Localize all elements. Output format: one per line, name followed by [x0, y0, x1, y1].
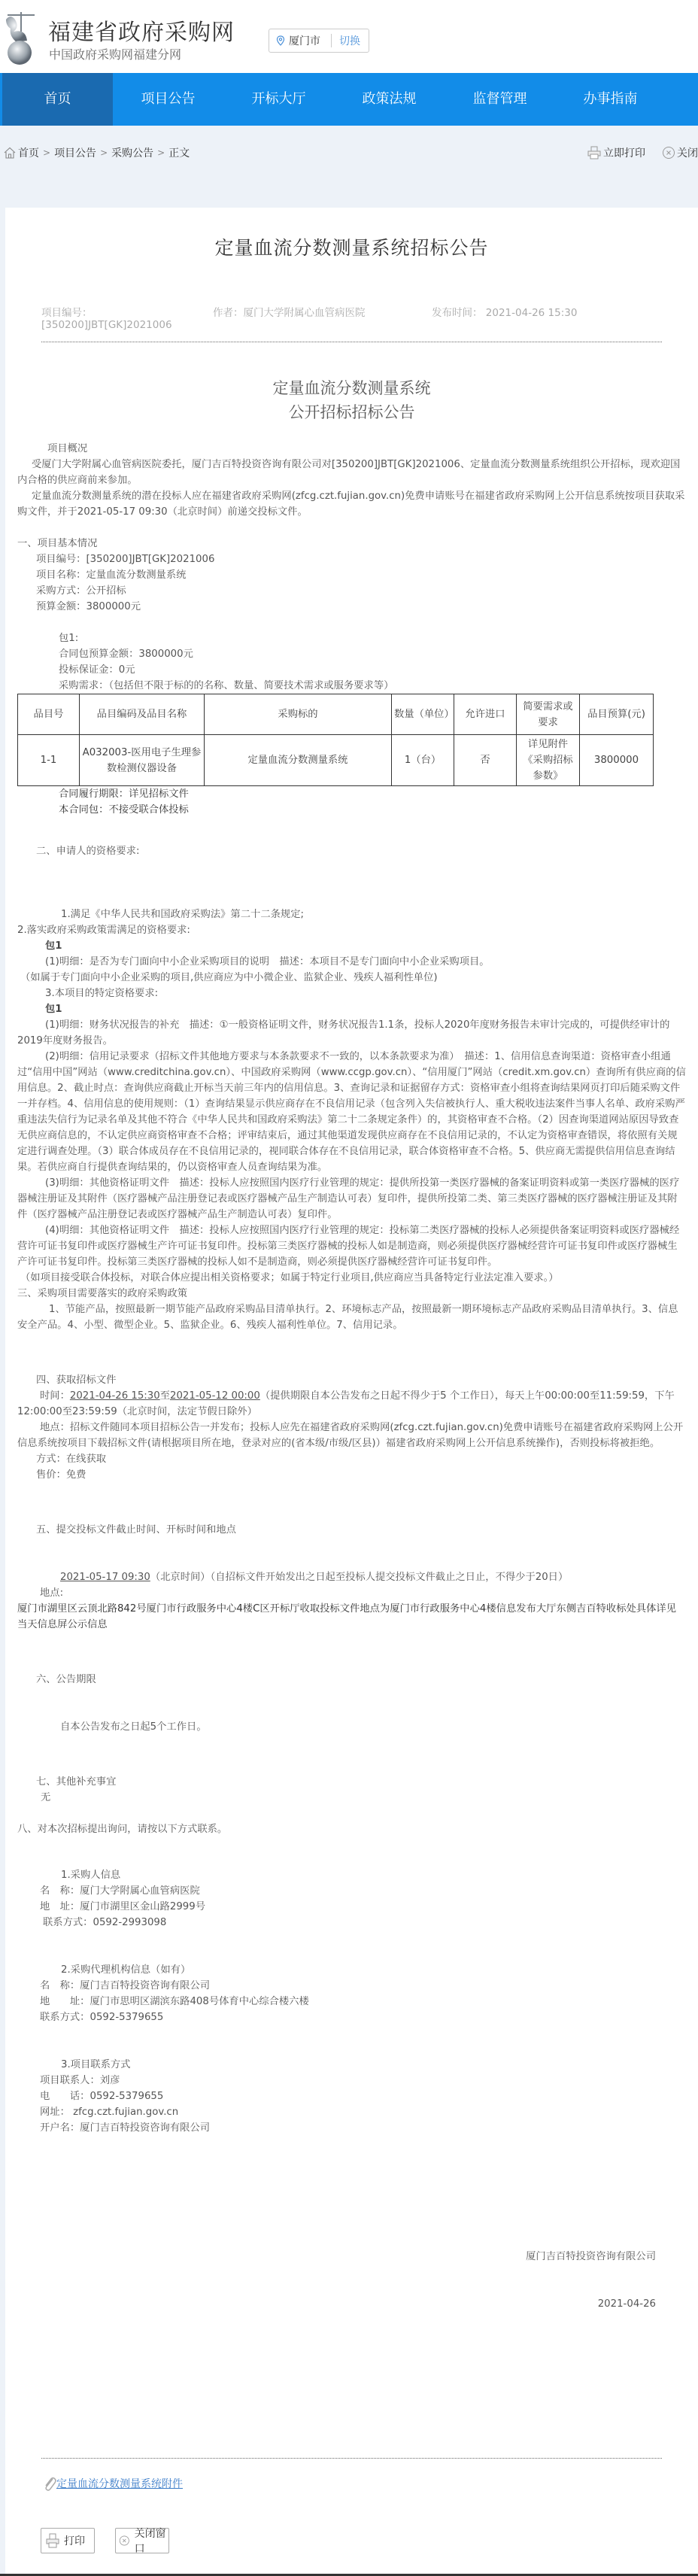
qual-item-1: 1.满足《中华人民共和国政府采购法》第二十二条规定;: [17, 907, 686, 922]
article-body: 项目概况 受厦门大学附属心血管病医院委托，厦门吉百特投资咨询有限公司对[3502…: [5, 424, 698, 2312]
nav-item-supervision[interactable]: 监督管理: [445, 73, 555, 126]
publish-time: 发布时间： 2021-04-26 15:30: [432, 304, 577, 331]
document-title: 定量血流分数测量系统 公开招标招标公告: [5, 376, 698, 424]
agency-name: 名 称：厦门吉百特投资咨询有限公司: [40, 1978, 686, 1994]
time-start: 2021-04-26 15:30: [70, 1390, 160, 1402]
deadline-line: 2021-05-17 09:30（北京时间）（自招标文件开始发出之日起至投标人提…: [17, 1569, 686, 1585]
table-header-row: 品目号 品目编码及品目名称 采购标的 数量（单位） 允许进口 简要需求或要求 品…: [18, 694, 654, 735]
section5-heading: 五、提交投标文件截止时间、开标时间和地点: [17, 1522, 686, 1538]
cell-import: 否: [454, 735, 517, 786]
site-logo-icon: [3, 9, 39, 66]
requirement-label: 采购需求：（包括但不限于标的的名称、数量、简要技术需求或服务要求等）: [59, 678, 686, 694]
home-icon: [3, 146, 17, 159]
project-contact-title: 3.项目联系方式: [17, 2057, 686, 2073]
place-label: 地点:: [17, 1585, 686, 1601]
acquire-time: 时间：2021-04-26 15:30至2021-05-12 00:00（提供期…: [17, 1388, 686, 1420]
account-name: 开户名：厦门吉百特投资咨询有限公司: [40, 2120, 686, 2136]
nav-item-bid-hall[interactable]: 开标大厅: [223, 73, 334, 126]
items-table: 品目号 品目编码及品目名称 采购标的 数量（单位） 允许进口 简要需求或要求 品…: [17, 694, 654, 786]
package-label: 包1:: [59, 630, 686, 646]
qual-detail-1: (1)明细：财务状况报告的补充 描述：①一般资格证明文件，财务状况报告1.1条，…: [17, 1017, 686, 1049]
qual-detail-4: (4)明细：其他资格证明文件 描述：投标人应按照国内医疗行业管理的规定：投标第二…: [17, 1223, 686, 1270]
consortium-policy: 本合同包：不接受联合体投标: [59, 802, 686, 818]
section7-heading: 七、其他补充事宜: [17, 1774, 686, 1790]
cell-item-code: A032003-医用电子生理参数检测仪器设备: [80, 735, 205, 786]
budget-line: 预算金额：3800000元: [36, 599, 686, 615]
close-circle-icon: [662, 146, 675, 159]
main-nav: 首页 项目公告 开标大厅 政策法规 监督管理 办事指南: [0, 73, 698, 126]
qual-item-2: 2.落实政府采购政策需满足的资格要求:: [17, 922, 686, 938]
bid-place: 厦门市湖里区云顶北路842号厦门市行政服务中心4楼C区开标厅收取投标文件地点为厦…: [17, 1601, 686, 1633]
acquire-method: 方式：在线获取: [17, 1451, 686, 1467]
qual-note: （如项目接受联合体投标，对联合体应提出相关资格要求；如属于特定行业项目,供应商应…: [17, 1270, 686, 1286]
project-contact-person: 项目联系人：刘彦: [40, 2073, 686, 2088]
policy-text: 1、节能产品，按照最新一期节能产品政府采购品目清单执行。2、环境标志产品，按照最…: [17, 1302, 686, 1333]
section2-heading: 二、申请人的资格要求:: [17, 843, 686, 859]
package-1-label: 包1: [17, 938, 686, 954]
document-title-line1: 定量血流分数测量系统: [5, 376, 698, 400]
breadcrumb-actions: 立即打印 关闭: [587, 126, 698, 180]
site-title: 福建省政府采购网: [48, 14, 235, 47]
deadline-time: 2021-05-17 09:30: [60, 1572, 150, 1583]
breadcrumb-separator: >: [100, 147, 108, 158]
section1-heading: 一、项目基本情况: [17, 536, 686, 551]
col-header: 数量（单位）: [392, 694, 454, 735]
author: 作者：厦门大学附属心血管病医院: [213, 304, 432, 331]
time-label: 时间：: [40, 1390, 70, 1402]
signature-company: 厦门吉百特投资咨询有限公司: [17, 2249, 686, 2265]
close-window-label: 关闭窗口: [135, 2526, 168, 2556]
breadcrumb-current: 正文: [168, 145, 190, 160]
document-title-line2: 公开招标招标公告: [5, 400, 698, 424]
project-no-line: 项目编号：[350200]JBT[GK]2021006: [36, 551, 686, 567]
current-city: 厦门市: [289, 33, 320, 48]
agency-contact: 联系方式：0592-5379655: [40, 2009, 686, 2025]
notice-period: 自本公告发布之日起5个工作日。: [17, 1719, 686, 1735]
nav-item-guide[interactable]: 办事指南: [555, 73, 666, 126]
qual-detail-3: (3)明细：其他资格证明文件 描述：投标人应按照国内医疗行业管理的规定：提供所投…: [17, 1175, 686, 1223]
signature-date: 2021-04-26: [17, 2296, 686, 2312]
buyer-title: 1.采购人信息: [17, 1867, 686, 1883]
buyer-address: 地 址：厦门市湖里区金山路2999号: [40, 1899, 686, 1915]
col-header: 采购标的: [205, 694, 392, 735]
divider: [331, 34, 332, 47]
section6-heading: 六、公告期限: [17, 1672, 686, 1687]
site-subtitle: 中国政府采购网福建分网: [49, 45, 181, 62]
project-number: 项目编号：[350200]JBT[GK]2021006: [41, 304, 213, 331]
agency-address: 地 址：厦门市思明区湖滨东路408号体育中心综合楼六楼: [40, 1994, 686, 2009]
section3-heading: 三、采购项目需要落实的政府采购政策: [17, 1286, 686, 1302]
print-button[interactable]: 打印: [41, 2528, 95, 2553]
paperclip-icon: [43, 2475, 56, 2492]
package-budget: 合同包预算金额：3800000元: [59, 646, 686, 662]
qual-item-3: 3.本项目的特定资格要求:: [17, 986, 686, 1001]
qual-item-2-note: （如属于专门面向中小企业采购的项目,供应商应为中小微企业、监狱企业、残疾人福利性…: [17, 970, 686, 986]
cell-quantity: 1（台）: [392, 735, 454, 786]
breadcrumb-home[interactable]: 首页: [18, 145, 39, 160]
method-line: 采购方式：公开招标: [36, 583, 686, 599]
time-to: 至: [160, 1390, 170, 1402]
attachment-label: 定量血流分数测量系统附件: [56, 2476, 183, 2491]
overview-paragraph-1: 受厦门大学附属心血管病医院委托，厦门吉百特投资咨询有限公司对[350200]JB…: [17, 457, 686, 488]
city-selector[interactable]: 厦门市 切换: [269, 29, 369, 53]
cell-item-no: 1-1: [18, 735, 80, 786]
buyer-contact: 联系方式：0592-2993098: [40, 1915, 686, 1930]
article-container: 定量血流分数测量系统招标公告 项目编号：[350200]JBT[GK]20210…: [5, 208, 698, 2576]
print-now-label: 立即打印: [603, 145, 645, 160]
breadcrumb: 首页 > 项目公告 > 采购公告 > 正文 立即打印 关闭: [0, 126, 698, 180]
project-contact-phone: 电 话：0592-5379655: [40, 2088, 686, 2104]
nav-item-announcements[interactable]: 项目公告: [113, 73, 223, 126]
breadcrumb-separator: >: [157, 147, 165, 158]
project-name-line: 项目名称：定量血流分数测量系统: [36, 567, 686, 583]
contract-term: 合同履行期限：详见招标文件: [59, 786, 686, 802]
breadcrumb-separator: >: [43, 147, 50, 158]
nav-item-home[interactable]: 首页: [2, 73, 113, 126]
time-end: 2021-05-12 00:00: [170, 1390, 260, 1402]
attachment-link[interactable]: 定量血流分数测量系统附件: [43, 2475, 698, 2492]
close-window-button[interactable]: 关闭窗口: [115, 2528, 169, 2553]
breadcrumb-procurement[interactable]: 采购公告: [111, 145, 153, 160]
col-header: 允许进口: [454, 694, 517, 735]
qual-item-2-detail: (1)明细：是否为专门面向中小企业采购项目的说明 描述：本项目不是专门面向中小企…: [17, 954, 686, 970]
qual-detail-2: (2)明细：信用记录要求（招标文件其他地方要求与本条款要求不一致的，以本条款要求…: [17, 1049, 686, 1175]
cell-subject: 定量血流分数测量系统: [205, 735, 392, 786]
action-buttons: 打印 关闭窗口: [41, 2528, 698, 2553]
deposit: 投标保证金：0元: [59, 662, 686, 678]
acquire-place: 地点：招标文件随同本项目招标公告一并发布；投标人应先在福建省政府采购网(zfcg…: [17, 1420, 686, 1451]
project-website: 网址： zfcg.czt.fujian.gov.cn: [40, 2104, 686, 2120]
section4-heading: 四、获取招标文件: [17, 1372, 686, 1388]
col-header: 品目预算(元): [580, 694, 654, 735]
close-circle-icon: [119, 2532, 130, 2549]
switch-city-link[interactable]: 切换: [339, 33, 360, 48]
printer-icon: [587, 145, 602, 160]
print-now-button[interactable]: 立即打印: [587, 145, 645, 160]
location-pin-icon: [275, 35, 286, 46]
nav-item-policies[interactable]: 政策法规: [334, 73, 445, 126]
col-header: 品目号: [18, 694, 80, 735]
table-row: 1-1 A032003-医用电子生理参数检测仪器设备 定量血流分数测量系统 1（…: [18, 735, 654, 786]
section8-heading: 八、对本次招标提出询问，请按以下方式联系。: [17, 1821, 686, 1837]
package-1-label: 包1: [17, 1001, 686, 1017]
cell-requirement: 详见附件《采购招标参数》: [517, 735, 580, 786]
article-title: 定量血流分数测量系统招标公告: [5, 233, 698, 260]
breadcrumb-announcements[interactable]: 项目公告: [54, 145, 96, 160]
print-label: 打印: [64, 2533, 85, 2548]
agency-title: 2.采购代理机构信息（如有）: [17, 1962, 686, 1978]
article-meta: 项目编号：[350200]JBT[GK]2021006 作者：厦门大学附属心血管…: [41, 304, 662, 342]
supplementary-text: 无: [17, 1790, 686, 1806]
acquire-price: 售价：免费: [17, 1467, 686, 1483]
buyer-name: 名 称：厦门大学附属心血管病医院: [40, 1883, 686, 1899]
col-header: 简要需求或要求: [517, 694, 580, 735]
close-page-button[interactable]: 关闭: [662, 145, 698, 160]
col-header: 品目编码及品目名称: [80, 694, 205, 735]
overview-heading: 项目概况: [17, 441, 686, 457]
overview-paragraph-2: 定量血流分数测量系统的潜在投标人应在福建省政府采购网(zfcg.czt.fuji…: [17, 488, 686, 520]
close-label: 关闭: [677, 145, 698, 160]
site-header: 福建省政府采购网 中国政府采购网福建分网 厦门市 切换: [0, 0, 698, 83]
printer-icon: [46, 2532, 59, 2549]
deadline-note: （北京时间）（自招标文件开始发出之日起至投标人提交投标文件截止之日止，不得少于2…: [150, 1572, 568, 1583]
cell-budget: 3800000: [580, 735, 654, 786]
